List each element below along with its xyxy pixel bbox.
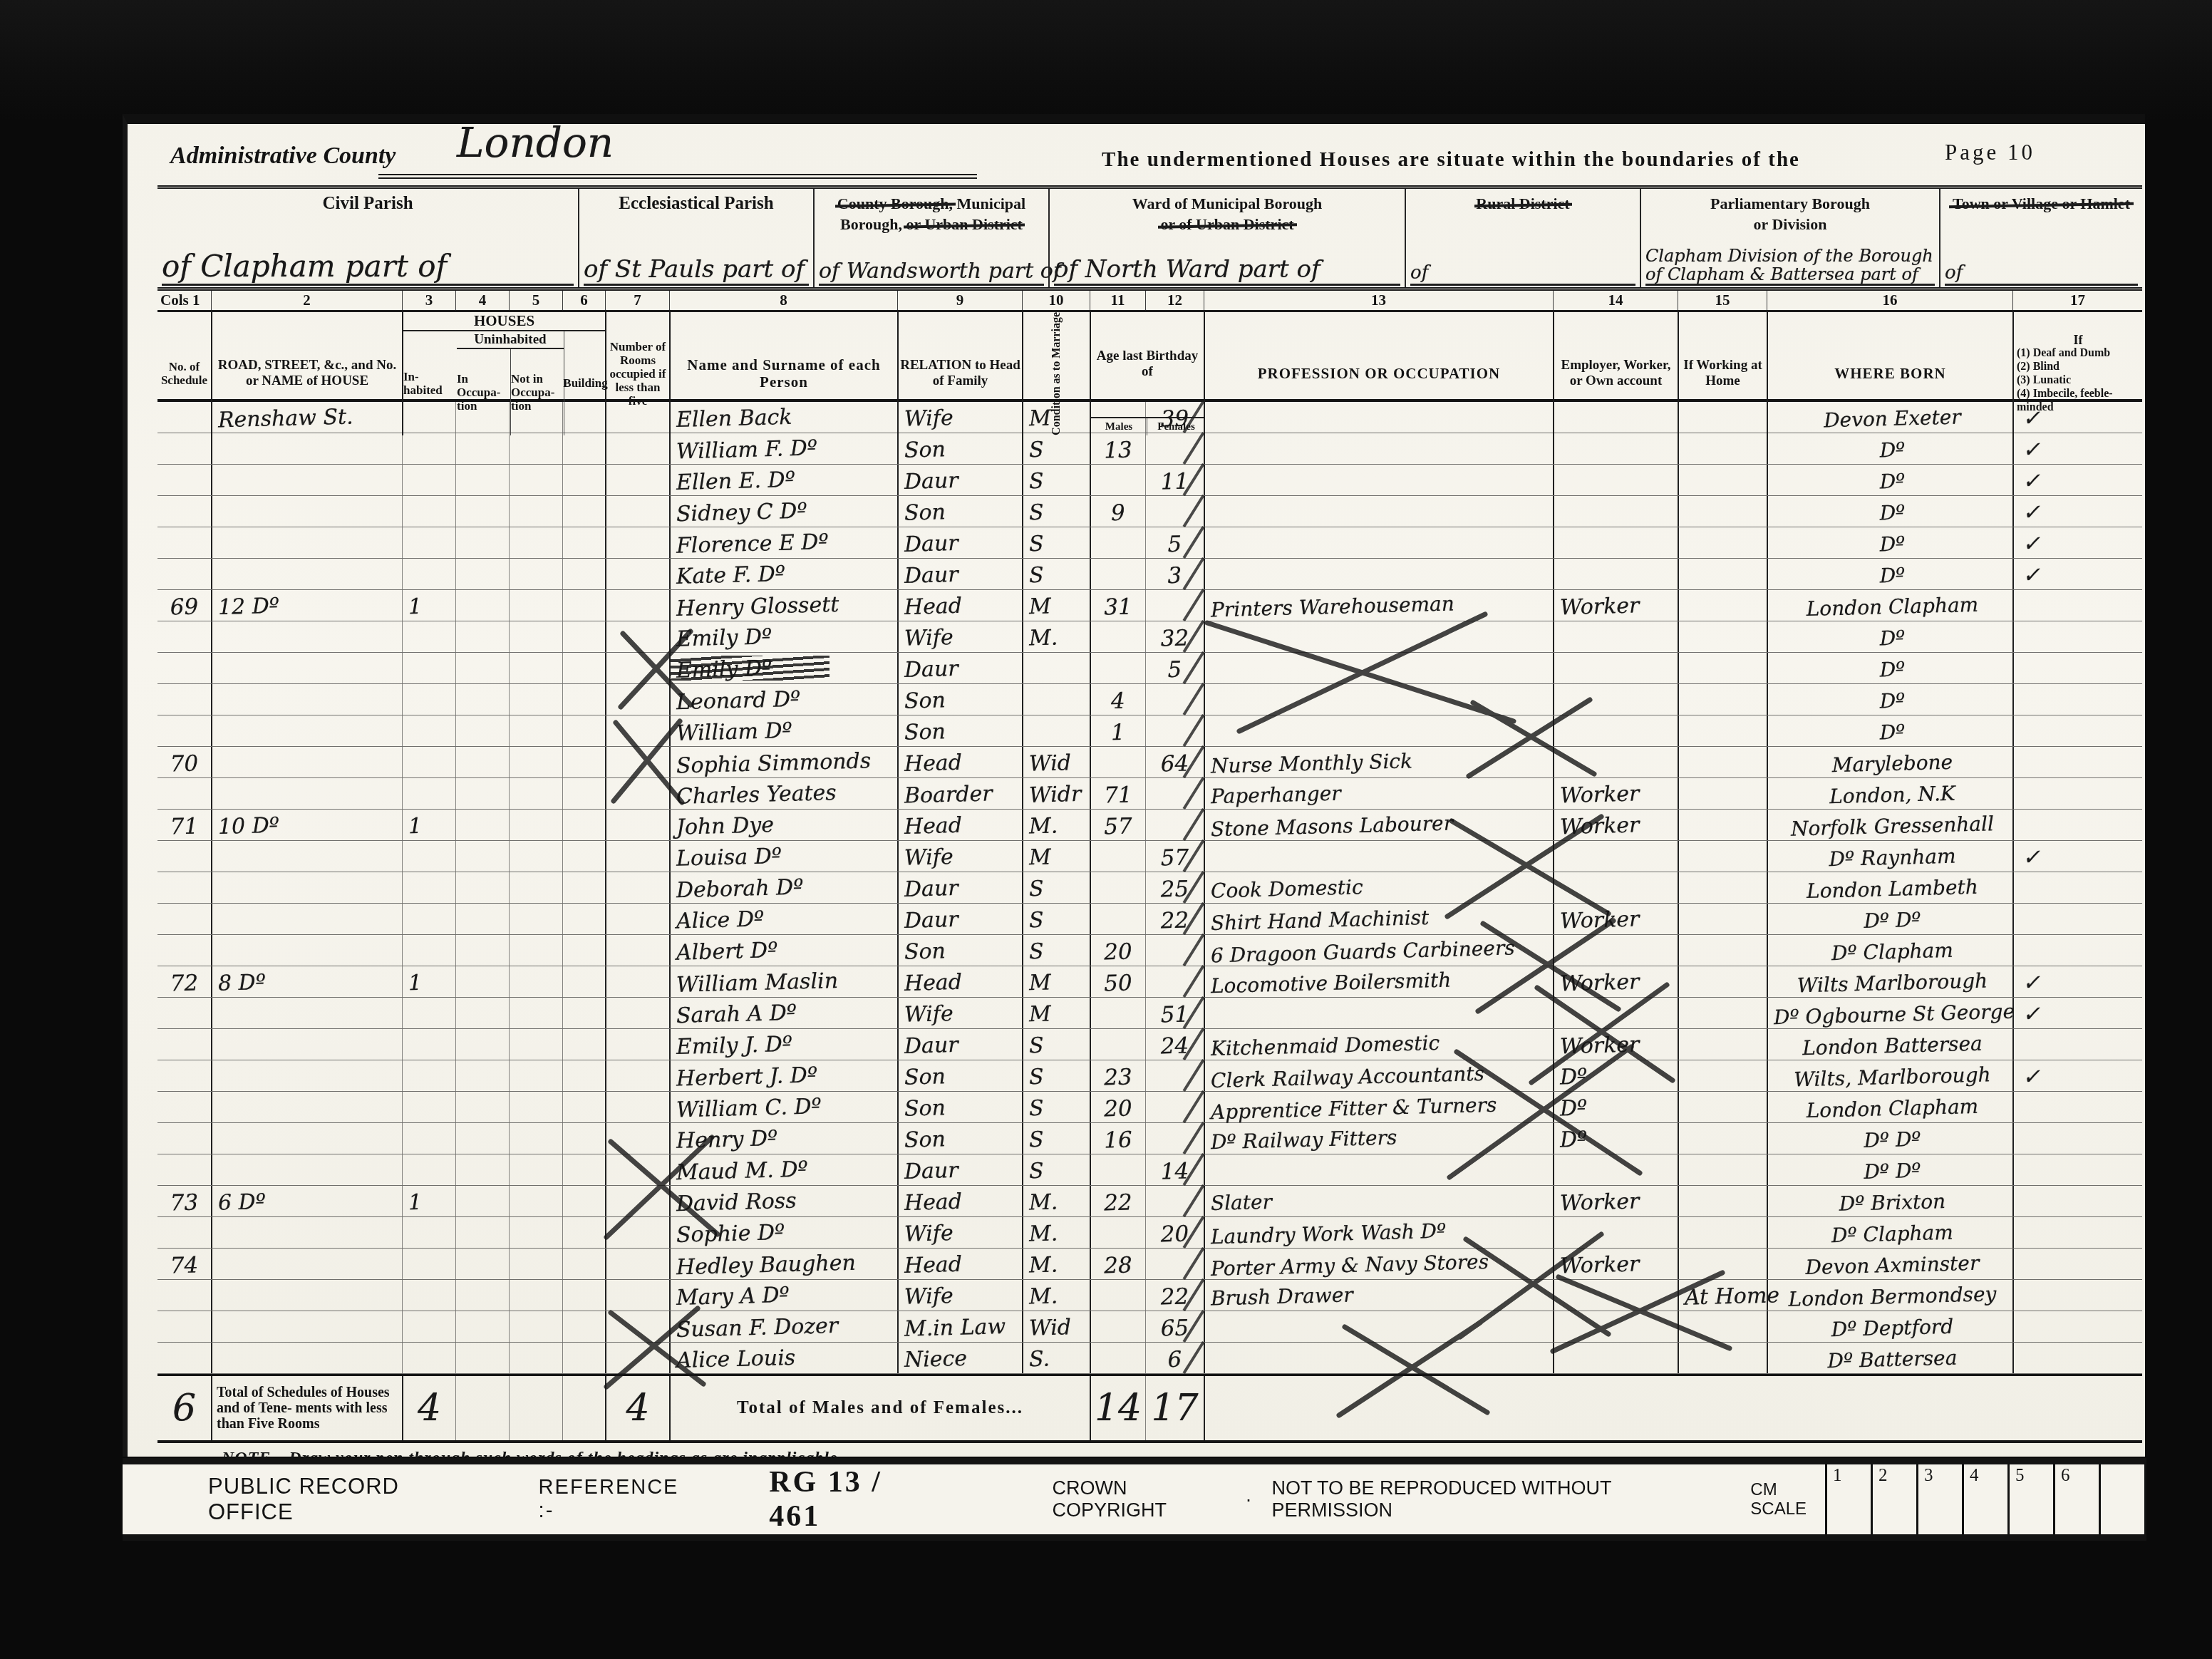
ward-label: Ward of Municipal Borough or of Urban Di…: [1050, 193, 1405, 234]
male-age-cell: [1090, 872, 1145, 903]
occupation-cell: [1204, 1154, 1553, 1185]
column-numbers-row: Cols 1 2 3 4 5 6 7 8 9 10 11 12 13 14 15…: [157, 291, 2142, 312]
employer-cell: [1553, 841, 1678, 872]
ecclesiastical-parish-value: of St Pauls part of: [584, 255, 809, 286]
census-person-row: Maud M. Dº Daur S 14 Dº Dº: [157, 1154, 2142, 1186]
male-age-cell: 1: [1090, 715, 1145, 746]
admin-county-underline: [378, 174, 977, 179]
schedule-number-cell: 73: [157, 1186, 211, 1216]
not-in-occupation-cell: [509, 1060, 562, 1091]
where-born-cell: Dº: [1767, 465, 2012, 495]
condition-cell: S.: [1022, 1343, 1090, 1373]
in-occupation-cell: [455, 1092, 509, 1122]
building-cell: [562, 433, 605, 464]
where-born-cell: Dº: [1767, 715, 2012, 746]
male-age-cell: [1090, 1029, 1145, 1060]
at-home-cell: [1678, 433, 1767, 464]
where-born-cell: Dº Dº: [1767, 904, 2012, 934]
employer-cell: [1553, 1343, 1678, 1373]
district-boxes: Civil Parish of Clapham part of Ecclesia…: [157, 185, 2142, 287]
where-born-cell: Dº: [1767, 496, 2012, 527]
in-occupation-cell: [455, 1217, 509, 1248]
male-age-cell: [1090, 904, 1145, 934]
name-cell: William C. Dº: [669, 1092, 897, 1122]
employer-cell: Worker: [1553, 1029, 1678, 1060]
name-cell: William Dº: [669, 715, 897, 746]
name-cell: David Ross: [669, 1186, 897, 1216]
in-occupation-cell: [455, 966, 509, 997]
ruler-mark: 3: [1918, 1464, 1964, 1534]
where-born-cell: Dº Dº: [1767, 1154, 2012, 1185]
house-cell: [211, 1217, 402, 1248]
infirmity-cell: [2012, 1186, 2142, 1216]
footer-notice: NOT TO BE REPRODUCED WITHOUT PERMISSION: [1272, 1477, 1687, 1521]
rooms-cell: [605, 559, 669, 589]
schedule-number-cell: [157, 1217, 211, 1248]
rooms-cell: [605, 402, 669, 433]
where-born-cell: Dº: [1767, 527, 2012, 558]
census-person-row: Emily J. Dº Daur S 24 Kitchenmaid Domest…: [157, 1029, 2142, 1060]
in-occupation-cell: [455, 935, 509, 966]
inhabited-cell: [402, 1092, 455, 1122]
rooms-cell: [605, 527, 669, 558]
not-in-occupation-cell: [509, 402, 562, 433]
infirmity-cell: [2012, 1311, 2142, 1342]
at-home-cell: [1678, 998, 1767, 1028]
schedule-number-cell: [157, 496, 211, 527]
rooms-cell: [605, 1154, 669, 1185]
ruler-mark: 5: [2010, 1464, 2055, 1534]
census-person-row: 69 12 Dº 1 Henry Glossett Head M 31 Prin…: [157, 590, 2142, 621]
census-person-row: Deborah Dº Daur S 25 Cook Domestic Londo…: [157, 872, 2142, 904]
relation-cell: Daur: [897, 872, 1022, 903]
at-home-cell: [1678, 1217, 1767, 1248]
in-occupation-cell: [455, 1154, 509, 1185]
relation-cell: Daur: [897, 527, 1022, 558]
not-in-occupation-cell: [509, 653, 562, 683]
schedule-number-cell: [157, 1029, 211, 1060]
rooms-cell: [605, 684, 669, 715]
not-in-occupation-cell: [509, 1154, 562, 1185]
building-cell: [562, 1311, 605, 1342]
inhabited-cell: [402, 684, 455, 715]
employer-cell: [1553, 653, 1678, 683]
building-cell: [562, 653, 605, 683]
not-in-occupation-cell: [509, 715, 562, 746]
condition-cell: [1022, 653, 1090, 683]
cm-scale-ruler: 1 2 3 4 5 6: [1825, 1464, 2146, 1534]
male-age-cell: [1090, 1343, 1145, 1373]
house-cell: Renshaw St.: [211, 402, 402, 433]
employer-cell: Worker: [1553, 1249, 1678, 1279]
schedule-number-cell: [157, 433, 211, 464]
name-cell: Kate F. Dº: [669, 559, 897, 589]
col-number: 16: [1767, 291, 2012, 310]
building-cell: [562, 1249, 605, 1279]
condition-cell: S: [1022, 1029, 1090, 1060]
employer-cell: Worker: [1553, 966, 1678, 997]
schedule-number-cell: [157, 1154, 211, 1185]
census-person-row: 70 Sophia Simmonds Head Wid 64 Nurse Mon…: [157, 747, 2142, 778]
in-occupation-cell: [455, 590, 509, 621]
at-home-cell: [1678, 496, 1767, 527]
parliamentary-borough-label: Parliamentary Borough or Division: [1641, 193, 1939, 234]
footer-scale-label: CM SCALE: [1750, 1480, 1807, 1519]
in-occupation-cell: [455, 778, 509, 809]
building-cell: [562, 1029, 605, 1060]
name-cell: Henry Glossett: [669, 590, 897, 621]
house-cell: [211, 1092, 402, 1122]
total-females-value: 17: [1145, 1376, 1204, 1440]
name-cell: Emily Dº: [669, 653, 897, 683]
rooms-cell: [605, 590, 669, 621]
inhabited-cell: [402, 1343, 455, 1373]
name-cell: Charles Yeates: [669, 778, 897, 809]
name-cell: Leonard Dº: [669, 684, 897, 715]
building-cell: [562, 904, 605, 934]
name-cell: Sophie Dº: [669, 1217, 897, 1248]
census-person-row: William Dº Son 1 Dº: [157, 715, 2142, 747]
house-cell: [211, 1123, 402, 1154]
employer-cell: [1553, 465, 1678, 495]
house-cell: [211, 872, 402, 903]
admin-county-label: Administrative County: [170, 143, 396, 170]
ruler-mark: 1: [1827, 1464, 1873, 1534]
ruler-mark: 6: [2055, 1464, 2101, 1534]
house-cell: [211, 1311, 402, 1342]
census-person-row: Herbert J. Dº Son S 23 Clerk Railway Acc…: [157, 1060, 2142, 1092]
occupation-cell: Brush Drawer: [1204, 1280, 1553, 1311]
male-age-cell: 4: [1090, 684, 1145, 715]
house-cell: [211, 904, 402, 934]
infirmity-cell: [2012, 1343, 2142, 1373]
not-in-occupation-cell: [509, 1343, 562, 1373]
in-occupation-cell: [455, 998, 509, 1028]
relation-cell: M.in Law: [897, 1311, 1022, 1342]
undermentioned-title: The undermentioned Houses are situate wi…: [1006, 148, 1896, 172]
name-cell: Alice Louis: [669, 1343, 897, 1373]
relation-cell: Wife: [897, 402, 1022, 433]
inhabited-cell: [402, 402, 455, 433]
at-home-cell: [1678, 1029, 1767, 1060]
census-person-row: Sarah A Dº Wife M 51 Dº Ogbourne St Geor…: [157, 998, 2142, 1029]
building-cell: [562, 935, 605, 966]
in-occupation-cell: [455, 1311, 509, 1342]
relation-cell: Son: [897, 1092, 1022, 1122]
house-cell: [211, 935, 402, 966]
name-cell: Alice Dº: [669, 904, 897, 934]
employer-cell: [1553, 1280, 1678, 1311]
building-cell: [562, 1154, 605, 1185]
census-person-row: Louisa Dº Wife M 57 Dº Raynham ✓: [157, 841, 2142, 872]
infirmity-cell: [2012, 1123, 2142, 1154]
col-number: 2: [211, 291, 402, 310]
condition-cell: S: [1022, 1092, 1090, 1122]
house-cell: [211, 1249, 402, 1279]
building-cell: [562, 1092, 605, 1122]
house-cell: [211, 527, 402, 558]
in-occupation-cell: [455, 810, 509, 840]
condition-cell: M: [1022, 998, 1090, 1028]
house-cell: [211, 1280, 402, 1311]
at-home-cell: [1678, 1123, 1767, 1154]
schedule-number-cell: [157, 841, 211, 872]
house-cell: [211, 998, 402, 1028]
male-age-cell: [1090, 402, 1145, 433]
where-born-cell: London Clapham: [1767, 590, 2012, 621]
census-person-row: Albert Dº Son S 20 6 Dragoon Guards Carb…: [157, 935, 2142, 966]
employer-cell: [1553, 496, 1678, 527]
not-in-occupation-cell: [509, 1217, 562, 1248]
inhabited-cell: 1: [402, 810, 455, 840]
male-age-cell: [1090, 1217, 1145, 1248]
schedule-number-cell: 69: [157, 590, 211, 621]
total-rooms-value: 4: [605, 1376, 669, 1440]
schedule-number-cell: [157, 527, 211, 558]
not-in-occupation-cell: [509, 527, 562, 558]
condition-cell: M.: [1022, 1280, 1090, 1311]
ruler-mark: [2101, 1464, 2146, 1534]
infirmity-cell: [2012, 935, 2142, 966]
at-home-cell: [1678, 904, 1767, 934]
rooms-cell: [605, 1092, 669, 1122]
infirmity-cell: [2012, 1029, 2142, 1060]
civil-parish-box: Civil Parish of Clapham part of: [157, 189, 578, 287]
rooms-cell: [605, 653, 669, 683]
in-occupation-cell: [455, 496, 509, 527]
occupation-cell: Porter Army & Navy Stores: [1204, 1249, 1553, 1279]
employer-cell: [1553, 433, 1678, 464]
col-number: 11: [1090, 291, 1145, 310]
not-in-occupation-cell: [509, 1249, 562, 1279]
ecclesiastical-parish-label: Ecclesiastical Parish: [579, 193, 813, 214]
infirmity-cell: [2012, 715, 2142, 746]
relation-cell: Wife: [897, 1280, 1022, 1311]
schedule-number-cell: [157, 1311, 211, 1342]
inhabited-cell: [402, 935, 455, 966]
infirmity-cell: ✓: [2012, 841, 2142, 872]
inhabited-cell: [402, 872, 455, 903]
at-home-cell: [1678, 559, 1767, 589]
condition-cell: S: [1022, 1154, 1090, 1185]
at-home-cell: [1678, 653, 1767, 683]
schedule-number-cell: 71: [157, 810, 211, 840]
occupation-cell: Stone Masons Labourer: [1204, 810, 1553, 840]
condition-cell: S: [1022, 465, 1090, 495]
where-born-cell: Dº Ogbourne St George: [1767, 998, 2012, 1028]
schedule-number-cell: [157, 1060, 211, 1091]
name-cell: Sophia Simmonds: [669, 747, 897, 777]
building-cell: [562, 1123, 605, 1154]
table-body: Renshaw St. Ellen Back Wife M 39 Devon E…: [157, 402, 2142, 1374]
census-person-row: Mary A Dº Wife M. 22 Brush Drawer At Hom…: [157, 1280, 2142, 1311]
infirmity-cell: [2012, 872, 2142, 903]
census-person-row: Sidney C Dº Son S 9 Dº ✓: [157, 496, 2142, 527]
not-in-occupation-cell: [509, 1123, 562, 1154]
at-home-cell: [1678, 1186, 1767, 1216]
inhabited-cell: [402, 904, 455, 934]
totals-row: 6 Total of Schedules of Houses and of Te…: [157, 1374, 2142, 1440]
at-home-cell: [1678, 684, 1767, 715]
at-home-cell: [1678, 1060, 1767, 1091]
schedule-number-cell: [157, 715, 211, 746]
col-number: 12: [1145, 291, 1204, 310]
total-males-females-label: Total of Males and of Females...: [669, 1376, 1090, 1440]
building-cell: [562, 966, 605, 997]
building-cell: [562, 684, 605, 715]
relation-cell: Wife: [897, 998, 1022, 1028]
at-home-cell: [1678, 465, 1767, 495]
house-cell: 10 Dº: [211, 810, 402, 840]
rooms-cell: [605, 433, 669, 464]
building-cell: [562, 590, 605, 621]
not-in-occupation-cell: [509, 1186, 562, 1216]
occupation-cell: Kitchenmaid Domestic: [1204, 1029, 1553, 1060]
infirmity-cell: [2012, 621, 2142, 652]
occupation-cell: Clerk Railway Accountants: [1204, 1060, 1553, 1091]
census-person-row: Sophie Dº Wife M. 20 Laundry Work Wash D…: [157, 1217, 2142, 1249]
parliamentary-borough-box: Parliamentary Borough or Division Clapha…: [1640, 189, 1939, 287]
rooms-cell: [605, 904, 669, 934]
census-person-row: Emily Dº Wife M. 32 Dº: [157, 621, 2142, 653]
at-home-cell: [1678, 810, 1767, 840]
house-cell: [211, 684, 402, 715]
inhabited-cell: [402, 747, 455, 777]
census-person-row: 72 8 Dº 1 William Maslin Head M 50 Locom…: [157, 966, 2142, 998]
name-cell: Sarah A Dº: [669, 998, 897, 1028]
where-born-cell: Wilts, Marlborough: [1767, 1060, 2012, 1091]
employer-cell: Worker: [1553, 778, 1678, 809]
ward-value: of North Ward part of: [1054, 255, 1400, 286]
name-cell: Sidney C Dº: [669, 496, 897, 527]
occupation-cell: [1204, 496, 1553, 527]
condition-cell: M: [1022, 402, 1090, 433]
rooms-cell: [605, 841, 669, 872]
relation-cell: Head: [897, 747, 1022, 777]
in-occupation-cell: [455, 872, 509, 903]
rooms-cell: [605, 935, 669, 966]
building-cell: [562, 810, 605, 840]
occupation-cell: [1204, 1311, 1553, 1342]
occupation-cell: Paperhanger: [1204, 778, 1553, 809]
house-cell: [211, 715, 402, 746]
occupation-cell: [1204, 998, 1553, 1028]
male-age-cell: [1090, 747, 1145, 777]
where-born-cell: Dº Clapham: [1767, 1217, 2012, 1248]
page-header: Administrative County London The underme…: [157, 130, 2142, 185]
inhabited-cell: [402, 559, 455, 589]
name-cell: Henry Dº: [669, 1123, 897, 1154]
total-schedules-value: 6: [157, 1376, 211, 1440]
condition-cell: S: [1022, 1060, 1090, 1091]
rooms-cell: [605, 778, 669, 809]
census-person-row: 71 10 Dº 1 John Dye Head M. 57 Stone Mas…: [157, 810, 2142, 841]
building-cell: [562, 872, 605, 903]
where-born-cell: Norfolk Gressenhall: [1767, 810, 2012, 840]
relation-cell: Wife: [897, 841, 1022, 872]
relation-cell: Son: [897, 433, 1022, 464]
inhabited-cell: [402, 1249, 455, 1279]
relation-cell: Niece: [897, 1343, 1022, 1373]
census-person-row: Alice Dº Daur S 22 Shirt Hand Machinist …: [157, 904, 2142, 935]
house-cell: [211, 621, 402, 652]
relation-cell: Son: [897, 1060, 1022, 1091]
header-uninhabited: Uninhabited: [457, 331, 564, 349]
occupation-cell: [1204, 841, 1553, 872]
male-age-cell: [1090, 621, 1145, 652]
employer-cell: [1553, 684, 1678, 715]
in-occupation-cell: [455, 527, 509, 558]
col-number: Cols 1: [157, 291, 211, 310]
building-cell: [562, 496, 605, 527]
male-age-cell: [1090, 998, 1145, 1028]
where-born-cell: Dº: [1767, 684, 2012, 715]
name-cell: Herbert J. Dº: [669, 1060, 897, 1091]
occupation-cell: Shirt Hand Machinist: [1204, 904, 1553, 934]
schedule-number-cell: 70: [157, 747, 211, 777]
total-males-value: 14: [1090, 1376, 1145, 1440]
in-occupation-cell: [455, 1280, 509, 1311]
building-cell: [562, 841, 605, 872]
where-born-cell: Dº: [1767, 559, 2012, 589]
infirmity-cell: ✓: [2012, 496, 2142, 527]
condition-cell: Wid: [1022, 747, 1090, 777]
ruler-mark: 4: [1964, 1464, 2010, 1534]
male-age-cell: [1090, 653, 1145, 683]
male-age-cell: 16: [1090, 1123, 1145, 1154]
col-number: 17: [2012, 291, 2142, 310]
total-inhabited-value: 4: [402, 1376, 455, 1440]
where-born-cell: Dº Brixton: [1767, 1186, 2012, 1216]
town-village-label: Town or Village or Hamlet: [1953, 195, 2130, 212]
employer-cell: [1553, 527, 1678, 558]
male-age-cell: 57: [1090, 810, 1145, 840]
col-number: 5: [509, 291, 562, 310]
schedule-number-cell: [157, 684, 211, 715]
employer-cell: [1553, 998, 1678, 1028]
occupation-cell: [1204, 715, 1553, 746]
infirmity-cell: ✓: [2012, 998, 2142, 1028]
town-village-value: of: [1945, 262, 2138, 286]
house-cell: [211, 1154, 402, 1185]
employer-cell: [1553, 1217, 1678, 1248]
rooms-cell: [605, 966, 669, 997]
employer-cell: Worker: [1553, 904, 1678, 934]
employer-cell: [1553, 872, 1678, 903]
employer-cell: Dº: [1553, 1092, 1678, 1122]
occupation-cell: Printers Warehouseman: [1204, 590, 1553, 621]
name-cell: William Maslin: [669, 966, 897, 997]
inhabited-cell: [402, 465, 455, 495]
building-cell: [562, 1060, 605, 1091]
at-home-cell: [1678, 1343, 1767, 1373]
relation-cell: Daur: [897, 1029, 1022, 1060]
name-cell: Hedley Baughen: [669, 1249, 897, 1279]
occupation-cell: [1204, 465, 1553, 495]
ruler-mark: 2: [1873, 1464, 1918, 1534]
schedule-number-cell: [157, 402, 211, 433]
male-age-cell: [1090, 1311, 1145, 1342]
name-cell: Susan F. Dozer: [669, 1311, 897, 1342]
where-born-cell: Devon Axminster: [1767, 1249, 2012, 1279]
parliamentary-borough-value: Clapham Division of the Borough of Claph…: [1645, 247, 1935, 286]
not-in-occupation-cell: [509, 684, 562, 715]
in-occupation-cell: [455, 621, 509, 652]
employer-cell: [1553, 559, 1678, 589]
infirmity-cell: ✓: [2012, 559, 2142, 589]
male-age-cell: 9: [1090, 496, 1145, 527]
inhabited-cell: [402, 715, 455, 746]
